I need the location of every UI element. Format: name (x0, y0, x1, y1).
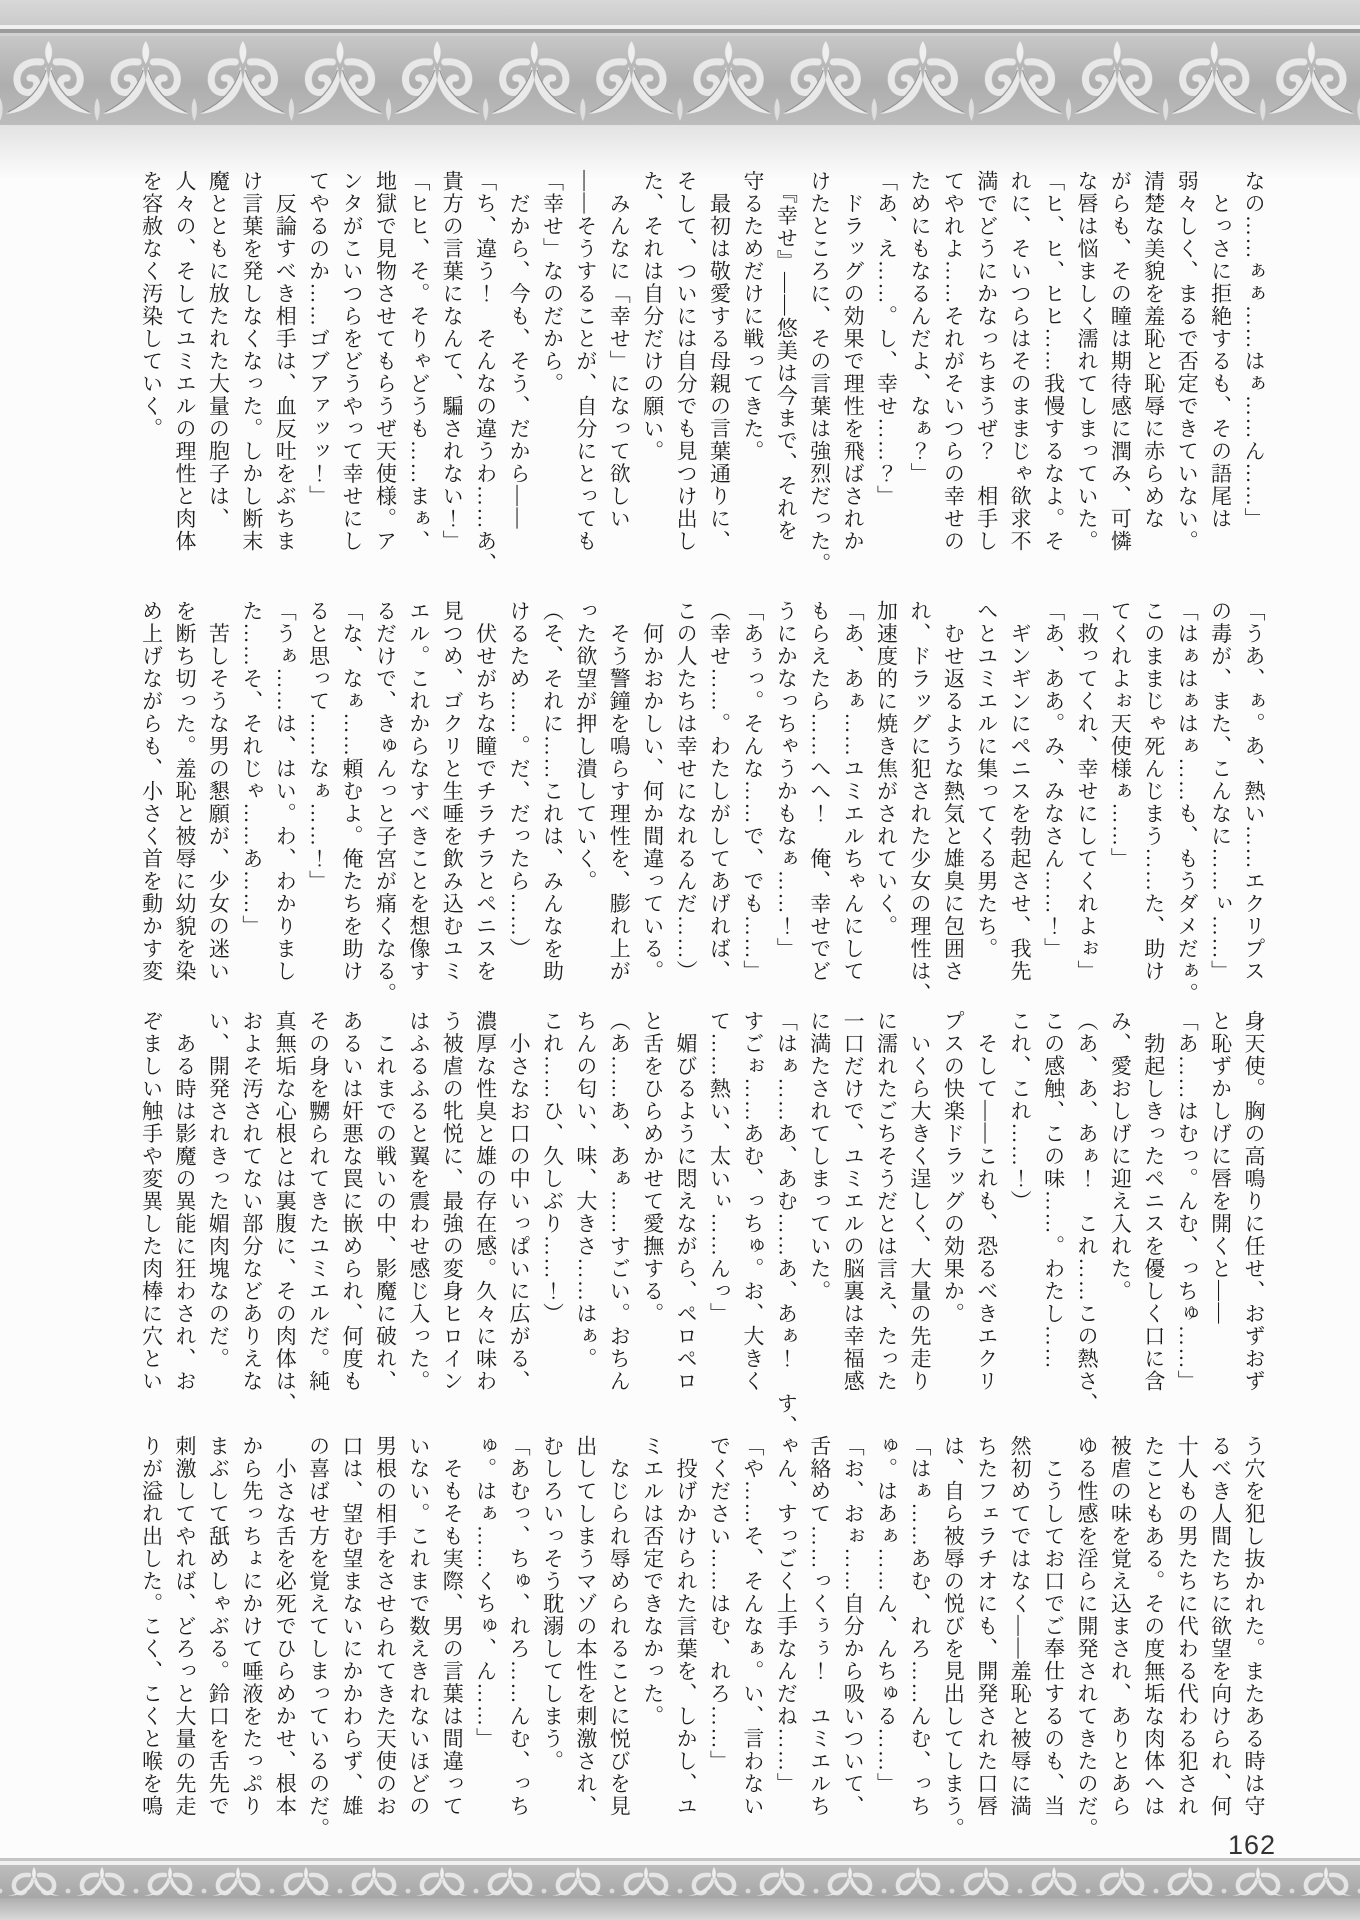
text-column: 地獄で見物させてもらうぜ天使様。ア (368, 170, 401, 562)
text-column: この感触、この味……。わたし…… (1036, 1010, 1069, 1402)
text-column: と恥ずかしげに唇を開くと―― (1203, 1010, 1236, 1402)
text-column: ためにもなるんだよ、なぁ？」 (903, 170, 936, 562)
text-column: るべき人間たちに欲望を向けられ、何 (1203, 1435, 1236, 1827)
text-column: 満でどうにかなっちまうぜ？ 相手し (969, 170, 1002, 562)
text-column: った欲望が押し潰していく。 (568, 600, 601, 992)
palmette-frieze-pattern-small (0, 1865, 1360, 1898)
text-band-4: う穴を犯し抜かれた。またある時は守るべき人間たちに欲望を向けられ、何十人もの男た… (134, 1435, 1270, 1827)
text-column: 加速度的に焼き焦がされていく。 (869, 600, 902, 992)
text-column: エル。これからなすべきことを想像す (401, 600, 434, 992)
text-column: そして、ついには自分でも見つけ出し (669, 170, 702, 562)
text-column: 「はぁ……あ、あむ……あ、あぁ！ す、 (769, 1010, 802, 1402)
text-column: ゅ。はあぁ……ん、んちゅる……」 (869, 1435, 902, 1827)
text-column: てくれよぉ天使様ぁ……」 (1103, 600, 1136, 992)
text-band-1: なの……ぁぁ……はぁ……ん……」 とっさに拒絶するも、その語尾は弱々しく、まるで… (134, 170, 1270, 562)
text-column: 伏せがちな瞳でチラチラとペニスを (468, 600, 501, 992)
text-column: とっさに拒絶するも、その語尾は (1203, 170, 1236, 562)
text-column: 弱々しく、まるで否定できていない。 (1170, 170, 1203, 562)
text-column: 苦しそうな男の懇願が、少女の迷い (201, 600, 234, 992)
text-column: から先っちょにかけて唾液をたっぷり (234, 1435, 267, 1827)
text-column: ンタがこいつらをどうやって幸せにし (335, 170, 368, 562)
text-column: 投げかけられた言葉を、しかし、ユ (669, 1435, 702, 1827)
ornamental-border-bottom (0, 1858, 1360, 1920)
text-column: なの……ぁぁ……はぁ……ん……」 (1237, 170, 1270, 562)
text-column: ある時は影魔の異能に狂わされ、お (168, 1010, 201, 1402)
text-column: 媚びるように悶えながら、ペロペロ (669, 1010, 702, 1402)
text-column: けたところに、その言葉は強烈だった。 (802, 170, 835, 562)
text-column: ると思って……なぁ……！」 (301, 600, 334, 992)
text-column: な唇は悩ましく濡れてしまっていた。 (1070, 170, 1103, 562)
text-column: 「な、なぁ……頼むよ。俺たちを助け (335, 600, 368, 992)
text-column: 人々の、そしてユミエルの理性と肉体 (168, 170, 201, 562)
text-column: 「ヒ、ヒ、ヒヒ……我慢するなよ。そ (1036, 170, 1069, 562)
text-column: ドラッグの効果で理性を飛ばされか (836, 170, 869, 562)
text-column: ミエルは否定できなかった。 (635, 1435, 668, 1827)
text-column: 「あ、ああ。み、みなさん……！」 (1036, 600, 1069, 992)
novel-page: なの……ぁぁ……はぁ……ん……」 とっさに拒絶するも、その語尾は弱々しく、まるで… (0, 0, 1360, 1920)
text-column: 「はぁはぁはぁ……も、もうダメだぁ。 (1170, 600, 1203, 992)
text-column: 刺激してやれば、どろっと大量の先走 (168, 1435, 201, 1827)
text-column: これ……ひ、久しぶり……！） (535, 1010, 568, 1402)
text-column: プスの快楽ドラッグの効果か。 (936, 1010, 969, 1402)
text-column: てやれよ……それがそいつらの幸せの (936, 170, 969, 562)
text-column: 出してしまうマゾの本性を刺激され、 (568, 1435, 601, 1827)
text-column: て……熱い、太いぃ……んっ」 (702, 1010, 735, 1402)
page-number: 162 (1228, 1830, 1288, 1861)
text-column: ゆる性感を淫らに開発されてきたのだ。 (1070, 1435, 1103, 1827)
text-column: 反論すべき相手は、血反吐をぶちま (268, 170, 301, 562)
text-column: へとユミエルに集ってくる男たち。 (969, 600, 1002, 992)
text-column: 口は、望む望まないにかかわらず、雄 (335, 1435, 368, 1827)
text-column: い、開発されきった媚肉塊なのだ。 (201, 1010, 234, 1402)
text-column: の毒が、また、こんなに……ぃ……」 (1203, 600, 1236, 992)
text-column: （そ、それに……これは、みんなを助 (535, 600, 568, 992)
text-band-2: 「うあ、ぁ。あ、熱い……エクリプスの毒が、また、こんなに……ぃ……」「はぁはぁは… (134, 600, 1270, 992)
text-column: こうしてお口でご奉仕するのも、当 (1036, 1435, 1069, 1827)
text-column: その身を嬲られてきたユミエルだ。純 (301, 1010, 334, 1402)
text-column: 見つめ、ゴクリと生唾を飲み込むユミ (435, 600, 468, 992)
text-column: 魔とともに放たれた大量の胞子は、 (201, 170, 234, 562)
text-column: たこともある。その度無垢な肉体へは (1136, 1435, 1169, 1827)
text-column: ぞましい触手や変異した肉棒に穴とい (134, 1010, 167, 1402)
text-column: ――そうすることが、自分にとっても (568, 170, 601, 562)
text-column: まぶして舐めしゃぶる。鈴口を舌先で (201, 1435, 234, 1827)
text-column: の喜ばせ方を覚えてしまっているのだ。 (301, 1435, 334, 1827)
text-column: なじられ辱められることに悦びを見 (602, 1435, 635, 1827)
text-column: 被虐の味を覚え込まされ、ありとあら (1103, 1435, 1136, 1827)
text-column: 真無垢な心根とは裏腹に、その肉体は、 (268, 1010, 301, 1402)
text-column: みんなに「幸せ」になって欲しい (602, 170, 635, 562)
text-column: に濡れたごちそうだとは言え、たった (869, 1010, 902, 1402)
text-column: れ、ドラッグに犯された少女の理性は、 (903, 600, 936, 992)
text-column: た……そ、それじゃ……あ……」 (234, 600, 267, 992)
text-column: 「あむっ、ちゅ、れろ……んむ、っち (502, 1435, 535, 1827)
text-column: を断ち切った。羞恥と被辱に幼貌を染 (168, 600, 201, 992)
text-column: み、愛おしげに迎え入れた。 (1103, 1010, 1136, 1402)
text-column: 貴方の言葉になんて、騙されない！」 (435, 170, 468, 562)
text-column: 『幸せ』――悠美は今まで、それを (769, 170, 802, 562)
text-column: は、自ら被辱の悦びを見出してしまう。 (936, 1435, 969, 1827)
text-column: 小さなお口の中いっぱいに広がる、 (502, 1010, 535, 1402)
text-column: う被虐の牝悦に、最強の変身ヒロイン (435, 1010, 468, 1402)
palmette-frieze-pattern (0, 36, 1360, 125)
text-column: 守るためだけに戦ってきた。 (736, 170, 769, 562)
text-column: に満たされてしまっていた。 (802, 1010, 835, 1402)
text-column: 舌絡めて……っくぅぅ！ ユミエルち (802, 1435, 835, 1827)
text-column: りが溢れ出した。こく、こくと喉を鳴 (134, 1435, 167, 1827)
text-column: 「や……そ、そんなぁ。い、言わない (736, 1435, 769, 1827)
text-column: むしろいっそう耽溺してしまう。 (535, 1435, 568, 1827)
text-column: 小さな舌を必死でひらめかせ、根本 (268, 1435, 301, 1827)
text-column: （幸せ……。わたしがしてあげれば、 (702, 600, 735, 992)
text-column: むせ返るような熱気と雄臭に包囲さ (936, 600, 969, 992)
text-column: 清楚な美貌を羞恥と恥辱に赤らめな (1136, 170, 1169, 562)
text-column: を容赦なく汚染していく。 (134, 170, 167, 562)
text-column: れに、そいつらはそのままじゃ欲求不 (1003, 170, 1036, 562)
text-column: 十人もの男たちに代わる代わる犯され (1170, 1435, 1203, 1827)
text-column: た、それは自分だけの願い。 (635, 170, 668, 562)
text-column: てやるのか……ゴブアァッッ！」 (301, 170, 334, 562)
text-column: これまでの戦いの中、影魔に破れ、 (368, 1010, 401, 1402)
border-base-strip (0, 1898, 1360, 1920)
text-column: 勃起しきったペニスを優しく口に含 (1136, 1010, 1169, 1402)
text-column: だから、今も、そう、だから―― (502, 170, 535, 562)
ornamental-border-top (0, 0, 1360, 125)
text-column: 「ヒヒ、そ。そりゃどうも……まぁ、 (401, 170, 434, 562)
text-column: ゅ。はぁ……くちゅ、ん……」 (468, 1435, 501, 1827)
text-column: 「はぁ……あむ、れろ……んむ、っち (903, 1435, 936, 1827)
border-molding-strip (0, 0, 1360, 25)
text-column: と舌をひらめかせて愛撫する。 (635, 1010, 668, 1402)
text-column: め上げながらも、小さく首を動かす変 (134, 600, 167, 992)
text-column: ゃん、すっごく上手なんだね……」 (769, 1435, 802, 1827)
text-column: いくら大きく逞しく、大量の先走り (903, 1010, 936, 1402)
text-band-3: 身天使。胸の高鳴りに任せ、おずおずと恥ずかしげに唇を開くと――「あ……はむっ。ん… (134, 1010, 1270, 1402)
text-column: 「救ってくれ、幸せにしてくれよぉ」 (1070, 600, 1103, 992)
text-column: この人たちは幸せになれるんだ……） (669, 600, 702, 992)
text-column: がらも、その瞳は期待感に潤み、可憐 (1103, 170, 1136, 562)
text-column: ギンギンにペニスを勃起させ、我先 (1003, 600, 1036, 992)
text-column: 最初は敬愛する母親の言葉通りに、 (702, 170, 735, 562)
text-column: 「あ、え……。し、幸せ……？」 (869, 170, 902, 562)
text-column: そう警鐘を鳴らす理性を、膨れ上が (602, 600, 635, 992)
text-column: うにかなっちゃうかもなぁ……！」 (769, 600, 802, 992)
text-column: もらえたら……へへ！ 俺、幸せでど (802, 600, 835, 992)
text-column: う穴を犯し抜かれた。またある時は守 (1237, 1435, 1270, 1827)
text-column: 「あぅっ。そんな……で、でも……」 (736, 600, 769, 992)
text-column: （あ、あ、あぁ！ これ……この熱さ、 (1070, 1010, 1103, 1402)
text-column: そして――これも、恐るべきエクリ (969, 1010, 1002, 1402)
text-column: （あ……あ、あぁ……すごい。おちん (602, 1010, 635, 1402)
text-column: あるいは奸悪な罠に嵌められ、何度も (335, 1010, 368, 1402)
text-column: これ、これ……！） (1003, 1010, 1036, 1402)
text-column: 「あ、あぁ……ユミエルちゃんにして (836, 600, 869, 992)
text-column: 「うぁ……は、はい。わ、わかりまし (268, 600, 301, 992)
text-column: 「お、おぉ……自分から吸いついて、 (836, 1435, 869, 1827)
text-column: 「ち、違う！ そんなの違うわ……あ、 (468, 170, 501, 562)
text-column: いない。これまで数えきれないほどの (401, 1435, 434, 1827)
text-column: け言葉を発しなくなった。しかし断末 (234, 170, 267, 562)
text-column: すごぉ……あむ、っちゅ。お、大きく (736, 1010, 769, 1402)
text-column: 一口だけで、ユミエルの脳裏は幸福感 (836, 1010, 869, 1402)
text-column: けるため……。だ、だったら……） (502, 600, 535, 992)
text-column: 何かおかしい、何か間違っている。 (635, 600, 668, 992)
text-column: 然初めてではなく――羞恥と被辱に満 (1003, 1435, 1036, 1827)
text-column: はふるふると翼を震わせ感じ入った。 (401, 1010, 434, 1402)
text-column: 「あ……はむっ。んむ、っちゅ……」 (1170, 1010, 1203, 1402)
text-column: そもそも実際、男の言葉は間違って (435, 1435, 468, 1827)
text-column: 男根の相手をさせられてきた天使のお (368, 1435, 401, 1827)
text-column: でください……はむ、れろ……」 (702, 1435, 735, 1827)
text-column: ちんの匂い、味、大きさ……はぁ。 (568, 1010, 601, 1402)
text-column: このままじゃ死んじまう……た、助け (1136, 600, 1169, 992)
text-column: るだけで、きゅんっと子宮が痛くなる。 (368, 600, 401, 992)
text-column: 「うあ、ぁ。あ、熱い……エクリプス (1237, 600, 1270, 992)
text-column: 身天使。胸の高鳴りに任せ、おずおず (1237, 1010, 1270, 1402)
text-column: 「幸せ」なのだから。 (535, 170, 568, 562)
text-column: ちたフェラチオにも、開発された口唇 (969, 1435, 1002, 1827)
text-column: およそ汚されてない部分などありえな (234, 1010, 267, 1402)
text-column: 濃厚な性臭と雄の存在感。久々に味わ (468, 1010, 501, 1402)
